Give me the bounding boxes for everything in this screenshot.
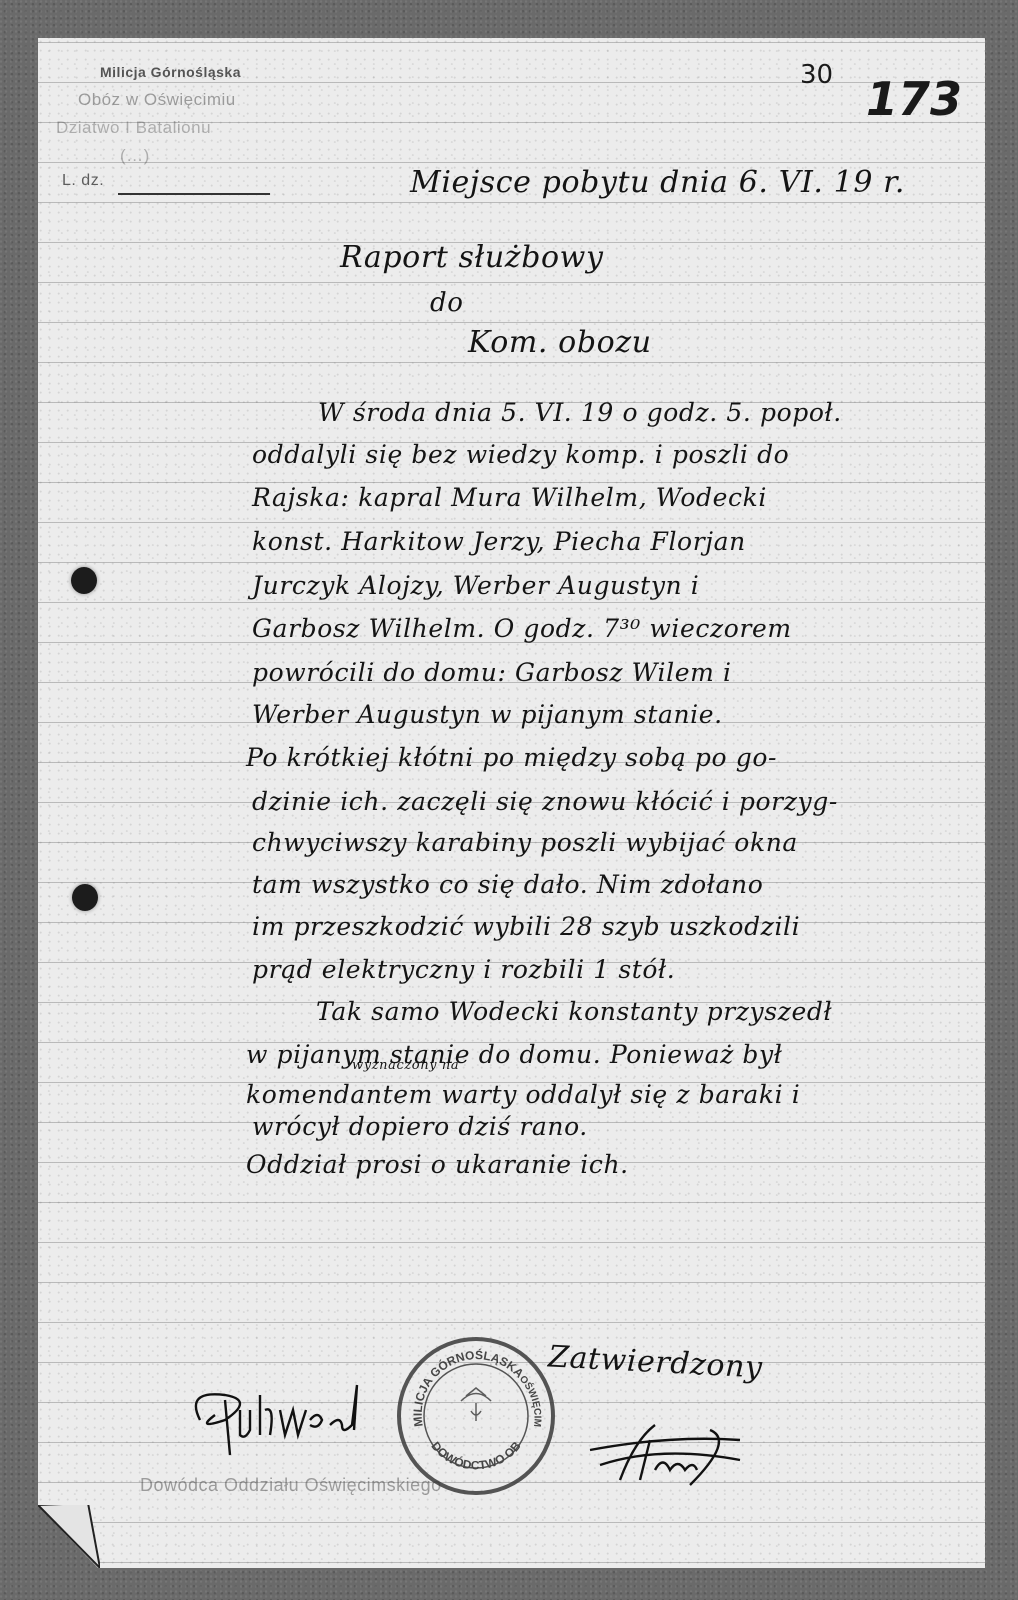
body-line: dzinie ich. zaczęli się znowu kłócić i p… <box>252 787 838 816</box>
report-title: Raport służbowy <box>340 240 604 275</box>
body-line: Oddział prosi o ukaranie ich. <box>246 1150 629 1179</box>
commander-stamp: Dowódca Oddziału Oświęcimskiego <box>140 1475 442 1496</box>
page-number: 173 <box>866 72 962 126</box>
punch-hole-top <box>71 567 97 594</box>
correction-insert: wyznaczony na <box>352 1058 459 1073</box>
folded-corner <box>38 1505 100 1568</box>
body-line: tam wszystko co się dało. Nim zdołano <box>252 870 763 899</box>
body-line: im przeszkodzić wybili 28 szyb uszkodzil… <box>252 912 800 941</box>
reference-number-label: L. dz. <box>62 172 104 190</box>
body-line: Po krótkiej kłótni po między sobą po go- <box>246 743 777 772</box>
signature-left: Pruchwald <box>180 1380 400 1460</box>
body-line: konst. Harkitow Jerzy, Piecha Florjan <box>252 527 746 556</box>
eagle-emblem-icon <box>461 1388 491 1421</box>
body-line: chwyciwszy karabiny poszli wybijać okna <box>252 828 798 857</box>
stamp-line-4: (…) <box>120 146 150 166</box>
addressee-prefix: do <box>430 288 464 318</box>
stamp-line-3: Dziatwo I Batalionu <box>56 118 211 138</box>
svg-text:MILICJA GÓRNOŚLĄSKA: MILICJA GÓRNOŚLĄSKA <box>411 1347 527 1427</box>
round-official-stamp: MILICJA GÓRNOŚLĄSKA OŚWIĘCIM DOWÓDCTWO O… <box>397 1337 555 1495</box>
body-line: Garbosz Wilhelm. O godz. 7³⁰ wieczorem <box>252 614 792 643</box>
stamp-line-1: Milicja Górnośląska <box>100 64 241 80</box>
body-line: Jurczyk Alojzy, Werber Augustyn i <box>252 571 699 600</box>
stamp-right-text: OŚWIĘCIM <box>517 1374 543 1428</box>
reference-number-line <box>118 193 270 195</box>
stamp-top-text: MILICJA GÓRNOŚLĄSKA <box>411 1347 527 1427</box>
body-line: prąd elektryczny i rozbili 1 stół. <box>252 955 675 984</box>
body-line: wrócył dopiero dziś rano. <box>252 1112 588 1141</box>
place-date-line: Miejsce pobytu dnia 6. VI. 19 r. <box>410 165 905 200</box>
folio-number: 30 <box>800 60 833 90</box>
body-line: powrócili do domu: Garbosz Wilem i <box>252 658 732 687</box>
body-line: Rajska: kapral Mura Wilhelm, Wodecki <box>252 483 767 512</box>
body-line: komendantem warty oddalył się z baraki i <box>246 1080 800 1109</box>
svg-text:OŚWIĘCIM: OŚWIĘCIM <box>517 1374 543 1428</box>
body-line: Werber Augustyn w pijanym stanie. <box>252 700 723 729</box>
body-line: w pijanym stanie do domu. Ponieważ był <box>246 1040 782 1069</box>
addressee: Kom. obozu <box>468 325 652 360</box>
body-line: W środa dnia 5. VI. 19 o godz. 5. popoł. <box>318 398 842 427</box>
body-line: oddalyli się bez wiedzy komp. i poszli d… <box>252 440 789 469</box>
punch-hole-bottom <box>72 884 98 911</box>
signature-right-bottom: Hess <box>580 1420 760 1490</box>
stamp-line-2: Obóz w Oświęcimiu <box>78 90 236 110</box>
body-line: Tak samo Wodecki konstanty przyszedł <box>316 997 832 1026</box>
